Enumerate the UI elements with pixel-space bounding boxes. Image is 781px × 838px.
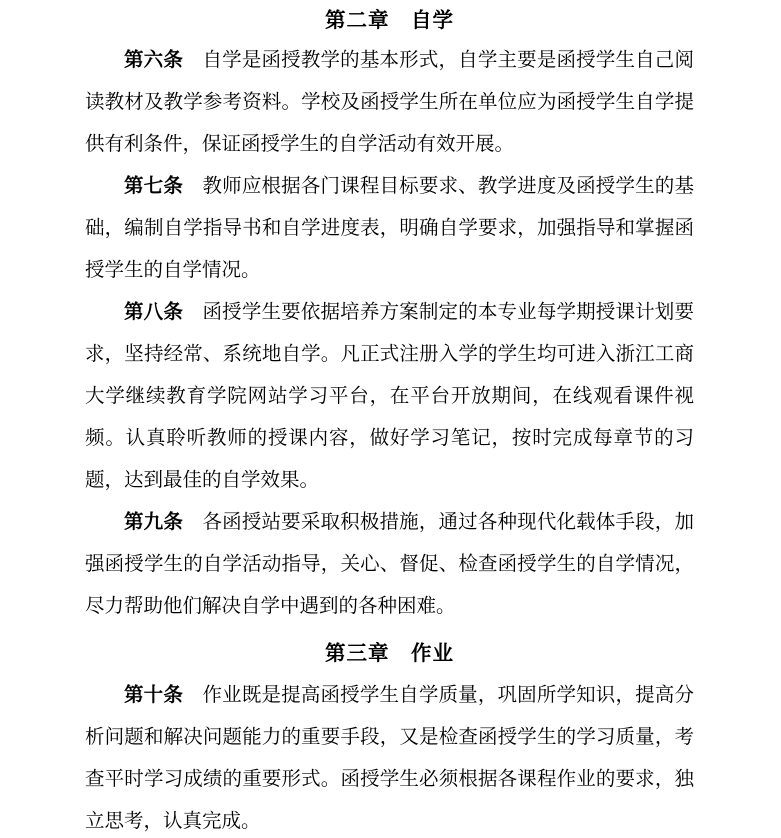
article-9: 第九条各函授站要采取积极措施，通过各种现代化载体手段，加强函授学生的自学活动指导…: [85, 502, 694, 628]
article-9-label: 第九条: [124, 512, 183, 533]
article-7-label: 第七条: [124, 176, 183, 197]
article-6: 第六条自学是函授教学的基本形式，自学主要是函授学生自己阅读教材及教学参考资料。学…: [85, 40, 694, 166]
article-8: 第八条函授学生要依据培养方案制定的本专业每学期授课计划要求，坚持经常、系统地自学…: [85, 292, 694, 502]
chapter-heading-self-study: 第二章 自学: [85, 2, 694, 40]
article-7: 第七条教师应根据各门课程目标要求、教学进度及函授学生的基础，编制自学指导书和自学…: [85, 166, 694, 292]
article-8-label: 第八条: [124, 302, 183, 323]
chapter-heading-homework: 第三章 作业: [85, 633, 694, 675]
article-10-label: 第十条: [124, 685, 183, 706]
article-6-label: 第六条: [124, 50, 183, 71]
article-8-text: 函授学生要依据培养方案制定的本专业每学期授课计划要求，坚持经常、系统地自学。凡正…: [85, 302, 694, 491]
document-page: 第二章 自学 第六条自学是函授教学的基本形式，自学主要是函授学生自己阅读教材及教…: [0, 0, 781, 838]
article-10-text: 作业既是提高函授学生自学质量，巩固所学知识，提高分析问题和解决问题能力的重要手段…: [85, 685, 694, 832]
article-10: 第十条作业既是提高函授学生自学质量，巩固所学知识，提高分析问题和解决问题能力的重…: [85, 675, 694, 838]
